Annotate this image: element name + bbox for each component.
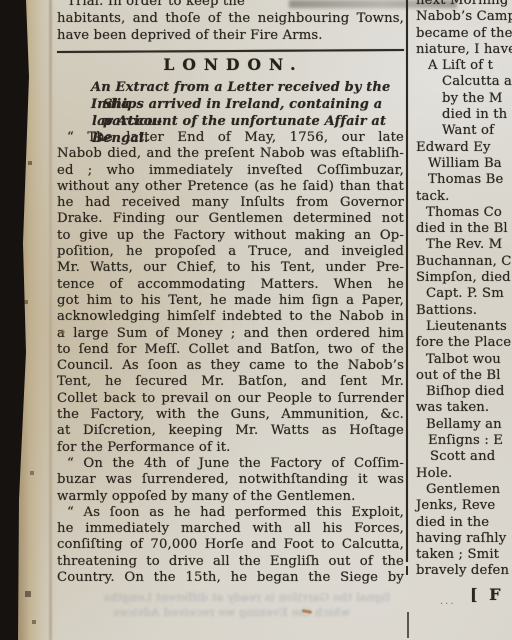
text-line: A Liſt of t: [416, 58, 512, 74]
reverse-side-showthrough: ſignal the Garriſon is ready at differen…: [90, 590, 390, 620]
text-line: to ſend for Meſſ. Collet and Batſon, two…: [57, 342, 404, 358]
text-line: for the Performance of it.: [57, 440, 404, 456]
text-line: next Morning: [416, 0, 512, 9]
text-line: threatening to drive all the Engliſh out…: [57, 554, 404, 570]
text-line: Country. On the 15th, he began the Siege…: [57, 570, 404, 586]
column-divider-rule: [406, 0, 408, 562]
text-line: niature, I have: [416, 42, 512, 58]
text-line: Talbot wou: [416, 352, 512, 368]
text-line: Collet back to prevail on our People to …: [57, 391, 404, 407]
text-line: bravely defen: [416, 563, 512, 579]
text-line: fore the Place: [416, 335, 512, 351]
text-line: Ships arrived in Ireland, containing a p…: [57, 96, 404, 113]
text-line: without any other Pretence (as he ſaid) …: [57, 179, 404, 195]
text-line: Scott and: [416, 449, 512, 465]
text-line: Drake. Finding our Gentlemen determined …: [57, 211, 404, 227]
left-column: Trial. In order to keep thehabitants, an…: [57, 0, 404, 640]
text-line: “ The latter End of May, 1756, our late: [57, 130, 404, 146]
text-line: Lieutenants: [416, 319, 512, 335]
text-line: tack.: [416, 189, 512, 205]
text-line: warmly oppoſed by many of the Gentlemen.: [57, 489, 404, 505]
text-line: became of the: [416, 26, 512, 42]
text-line: Tent, he ſecured Mr. Batſon, and ſent Mr…: [57, 374, 404, 390]
text-line: Jenks, Reve: [416, 498, 512, 514]
text-line: ed ; who immediately inveſted Coſſimbuza…: [57, 163, 404, 179]
section-heading-london: LONDON.: [57, 55, 404, 74]
text-line: Thomas Be: [416, 172, 512, 188]
text-line: Council. As ſoon as they came to the Nab…: [57, 358, 404, 374]
text-line: conſiſting of 70,000 Horſe and Foot to C…: [57, 537, 404, 553]
text-line: by the M: [416, 91, 512, 107]
right-column: next MorningNabob’s Campbecame of thenia…: [416, 0, 512, 580]
newspaper-page: Trial. In order to keep thehabitants, an…: [0, 0, 512, 640]
text-line: Nabob died, and the preſent Nabob was eſ…: [57, 146, 404, 162]
paper-stain: [60, 329, 65, 335]
text-line: Enſigns : E: [416, 433, 512, 449]
text-line: died in the Bl: [416, 221, 512, 237]
page-signature-mark: [ F: [470, 585, 504, 604]
text-line: Battions.: [416, 303, 512, 319]
text-line: Gentlemen: [416, 482, 512, 498]
text-line: he had received many Inſults from Govern…: [57, 195, 404, 211]
text-line: having raſhly: [416, 531, 512, 547]
text-line: Hole.: [416, 466, 512, 482]
text-line: Mr. Watts, our Chief, to his Tent, under…: [57, 260, 404, 276]
text-line: the Factory, with the Guns, Ammunition, …: [57, 407, 404, 423]
showthrough-line: which the Evening we received Advices: [90, 605, 390, 620]
text-line: The Rev. M: [416, 237, 512, 253]
text-line: Biſhop died: [416, 384, 512, 400]
text-line: Edward Ey: [416, 140, 512, 156]
screenshot-root: Trial. In order to keep thehabitants, an…: [0, 0, 512, 640]
article-subheading-italic: An Extract from a Letter received by the…: [57, 79, 404, 130]
text-line: buzar was ſurrendered, notwithſtanding i…: [57, 472, 404, 488]
text-line: at Diſcretion, keeping Mr. Watts as Hoſt…: [57, 423, 404, 439]
text-line: Nabob’s Camp: [416, 9, 512, 25]
text-line: a large Sum of Money ; and then ordered …: [57, 326, 404, 342]
text-line: out of the Bl: [416, 368, 512, 384]
article-body: “ The latter End of May, 1756, our lateN…: [57, 130, 404, 586]
text-line: got him to his Tent, he made him ſign a …: [57, 293, 404, 309]
text-line: died in the: [416, 515, 512, 531]
text-line: Buchannan, C: [416, 254, 512, 270]
text-line: taken ; Smit: [416, 547, 512, 563]
text-line: “ As ſoon as he had performed this Explo…: [57, 505, 404, 521]
text-line: to give up the Factory without making an…: [57, 228, 404, 244]
text-line: have been deprived of their Fire Arms.: [57, 27, 404, 44]
text-line: lar Account of the unfortunate Affair at…: [57, 113, 404, 130]
text-line: William Ba: [416, 156, 512, 172]
text-line: died in th: [416, 107, 512, 123]
text-line: An Extract from a Letter received by the…: [57, 79, 404, 96]
text-line: Want of: [416, 123, 512, 139]
text-line: he immediately marched with all his Forc…: [57, 521, 404, 537]
text-line: Capt. P. Sm: [416, 286, 512, 302]
section-divider-rule: [57, 49, 404, 53]
text-line: habitants, and thoſe of the neighbouring…: [57, 10, 404, 27]
showthrough-line: ſignal the Garriſon is ready at differen…: [90, 590, 390, 605]
text-line: acknowledging himſelf indebted to the Na…: [57, 309, 404, 325]
faded-dots: ...: [440, 596, 456, 607]
text-line: Thomas Co: [416, 205, 512, 221]
text-line: Calcutta a: [416, 74, 512, 90]
text-line: tence of accommodating Matters. When he: [57, 277, 404, 293]
text-line: “ On the 4th of June the Factory of Coſſ…: [57, 456, 404, 472]
text-line: Bellamy an: [416, 417, 512, 433]
text-line: poſition, he propoſed a Truce, and invei…: [57, 244, 404, 260]
column-divider-rule-dash: [407, 612, 409, 638]
text-line: was taken.: [416, 400, 512, 416]
page-fold-shadow: [49, 0, 52, 640]
text-line: Simpſon, died: [416, 270, 512, 286]
column-divider-rule-dash: [406, 566, 408, 575]
page-edge-specks: [0, 0, 2, 2]
